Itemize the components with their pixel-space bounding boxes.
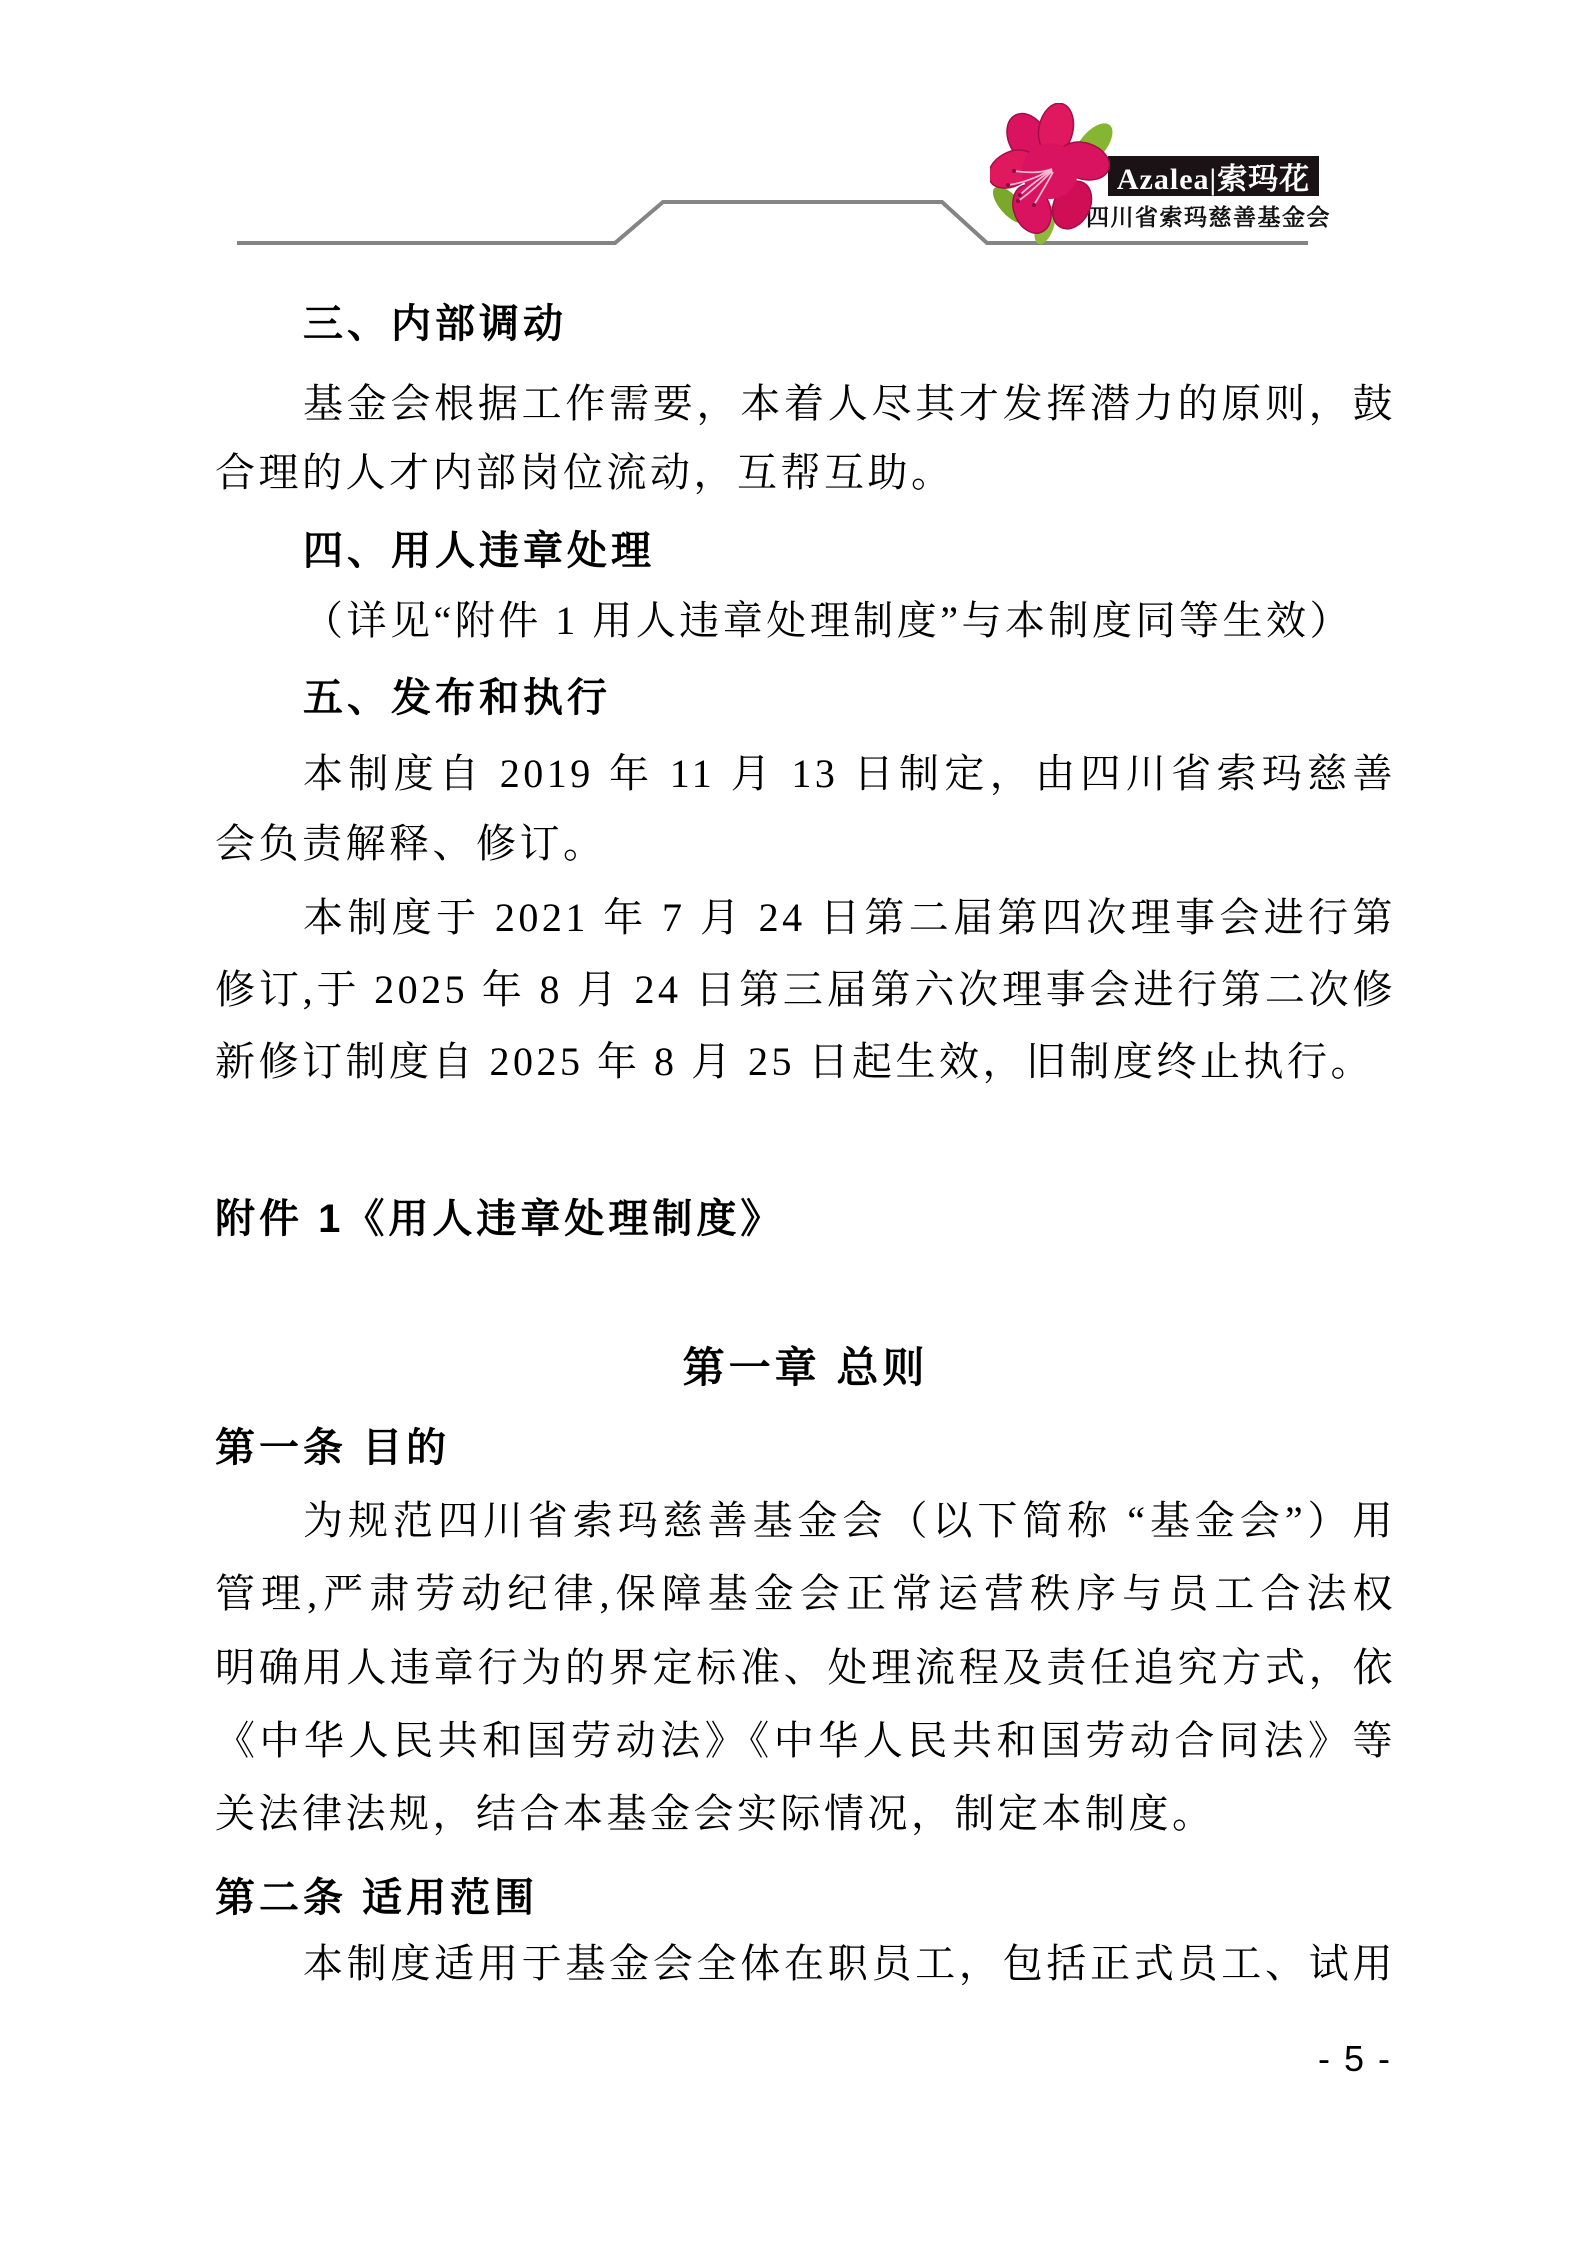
heading-sec3-internal-transfer: 三、内部调动 <box>215 297 1396 351</box>
para-line: 《中华人民共和国劳动法》《中华人民共和国劳动合同法》等相 <box>215 1714 1396 1772</box>
heading-article2-scope: 第二条 适用范围 <box>215 1871 1396 1925</box>
para-line: 本制度适用于基金会全体在职员工，包括正式员工、试用期 <box>215 1937 1396 1995</box>
para-line: 本制度于 2021 年 7 月 24 日第二届第四次理事会进行第一次 <box>215 891 1396 949</box>
document-page: Azalea|索玛花 四川省索玛慈善基金会 <box>0 0 1587 2245</box>
para-line: 新修订制度自 2025 年 8 月 25 日起生效，旧制度终止执行。 <box>215 1035 1396 1089</box>
heading-article1-purpose: 第一条 目的 <box>215 1421 1396 1475</box>
para-line: 为规范四川省索玛慈善基金会（以下简称 “基金会”）用人 <box>215 1494 1396 1552</box>
para-line: 本制度自 2019 年 11 月 13 日制定，由四川省索玛慈善基金 <box>215 747 1396 805</box>
para-line: 会负责解释、修订。 <box>215 817 1396 871</box>
decorative-rule <box>0 0 1587 260</box>
para-line: 管理,严肃劳动纪律,保障基金会正常运营秩序与员工合法权益， <box>215 1567 1396 1625</box>
para-line: 合理的人才内部岗位流动，互帮互助。 <box>215 446 1396 500</box>
heading-attachment1: 附件 1《用人违章处理制度》 <box>215 1192 1396 1246</box>
heading-sec4-violation-handling: 四、用人违章处理 <box>215 524 1396 578</box>
heading-chapter1: 第一章 总则 <box>215 1341 1396 1395</box>
para-line: 修订,于 2025 年 8 月 24 日第三届第六次理事会进行第二次修订， <box>215 963 1396 1021</box>
para-line: 基金会根据工作需要，本着人尽其才发挥潜力的原则，鼓励 <box>215 377 1396 435</box>
logo-banner: Azalea|索玛花 <box>1108 156 1319 196</box>
para-line: 关法律法规，结合本基金会实际情况，制定本制度。 <box>215 1787 1396 1841</box>
page-number: - 5 - <box>1300 2038 1410 2080</box>
azalea-flower-icon <box>990 103 1122 245</box>
logo-brand-text: Azalea|索玛花 <box>1117 154 1310 198</box>
para-line: （详见“附件 1 用人违章处理制度”与本制度同等生效） <box>215 594 1396 648</box>
para-line: 明确用人违章行为的界定标准、处理流程及责任追究方式，依据 <box>215 1641 1396 1699</box>
heading-sec5-publish-execute: 五、发布和执行 <box>215 671 1396 725</box>
